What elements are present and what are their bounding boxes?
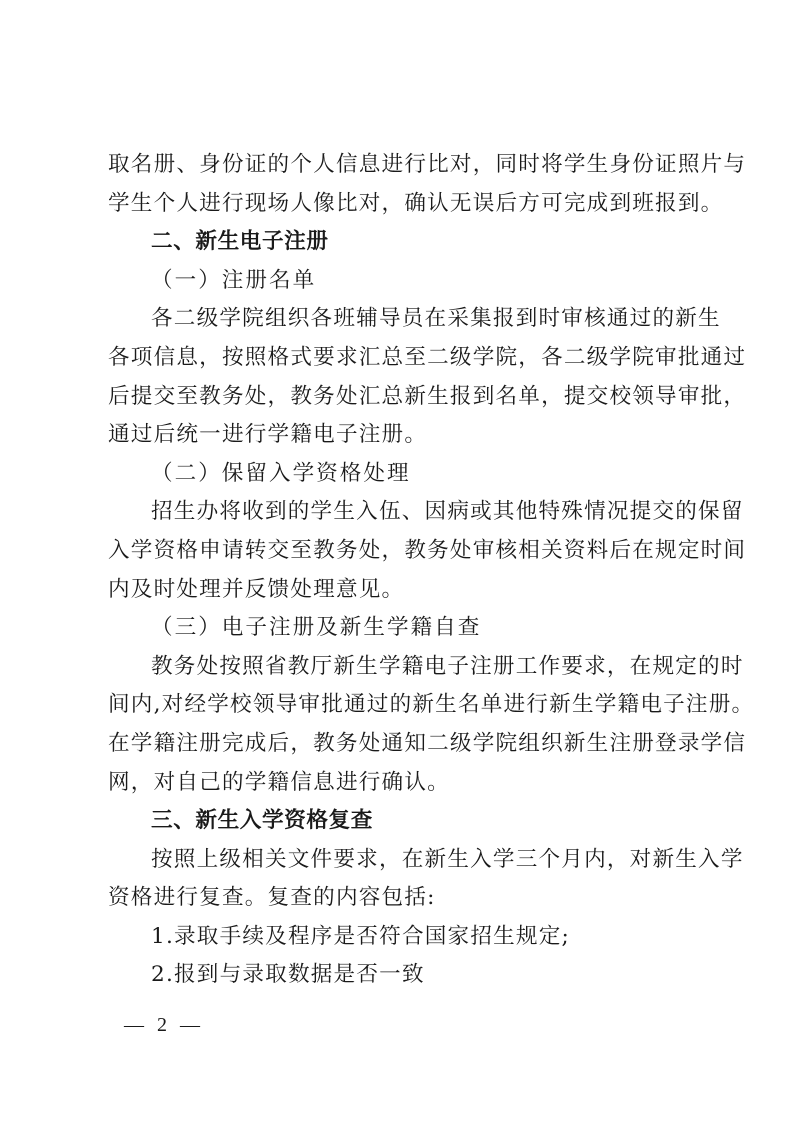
paragraph-line: 通过后统一进行学籍电子注册。 — [108, 416, 694, 455]
paragraph-line: 各项信息，按照格式要求汇总至二级学院，各二级学院审批通过 — [108, 339, 694, 378]
paragraph-line: 教务处按照省教厅新生学籍电子注册工作要求，在规定的时 — [108, 648, 694, 687]
paragraph-line: 取名册、身份证的个人信息进行比对，同时将学生身份证照片与 — [108, 146, 694, 185]
subsection-heading-reserved-admission: （二）保留入学资格处理 — [108, 455, 694, 494]
subsection-heading-electronic-registration-check: （三）电子注册及新生学籍自查 — [108, 609, 694, 648]
paragraph-line: 入学资格申请转交至教务处，教务处审核相关资料后在规定时间 — [108, 532, 694, 571]
page-number: — 2 — — [124, 1014, 204, 1037]
paragraph-line: 资格进行复查。复查的内容包括: — [108, 879, 694, 918]
paragraph-line: 内及时处理并反馈处理意见。 — [108, 571, 694, 610]
document-body: 取名册、身份证的个人信息进行比对，同时将学生身份证照片与 学生个人进行现场人像比… — [108, 146, 694, 995]
paragraph-line: 后提交至教务处，教务处汇总新生报到名单，提交校领导审批， — [108, 378, 694, 417]
list-item: 2.报到与录取数据是否一致 — [108, 956, 694, 995]
paragraph-line: 在学籍注册完成后，教务处通知二级学院组织新生注册登录学信 — [108, 725, 694, 764]
list-item: 1.录取手续及程序是否符合国家招生规定; — [108, 918, 694, 957]
paragraph-line: 间内,对经学校领导审批通过的新生名单进行新生学籍电子注册。 — [108, 686, 694, 725]
paragraph-line: 网，对自己的学籍信息进行确认。 — [108, 764, 694, 803]
subsection-heading-registration-list: （一）注册名单 — [108, 262, 694, 301]
paragraph-line: 学生个人进行现场人像比对，确认无误后方可完成到班报到。 — [108, 185, 694, 224]
paragraph-line: 各二级学院组织各班辅导员在采集报到时审核通过的新生 — [108, 300, 694, 339]
paragraph-line: 招生办将收到的学生入伍、因病或其他特殊情况提交的保留 — [108, 493, 694, 532]
section-heading-admission-review: 三、新生入学资格复查 — [108, 802, 694, 841]
paragraph-line: 按照上级相关文件要求，在新生入学三个月内，对新生入学 — [108, 841, 694, 880]
section-heading-new-student-registration: 二、新生电子注册 — [108, 223, 694, 262]
